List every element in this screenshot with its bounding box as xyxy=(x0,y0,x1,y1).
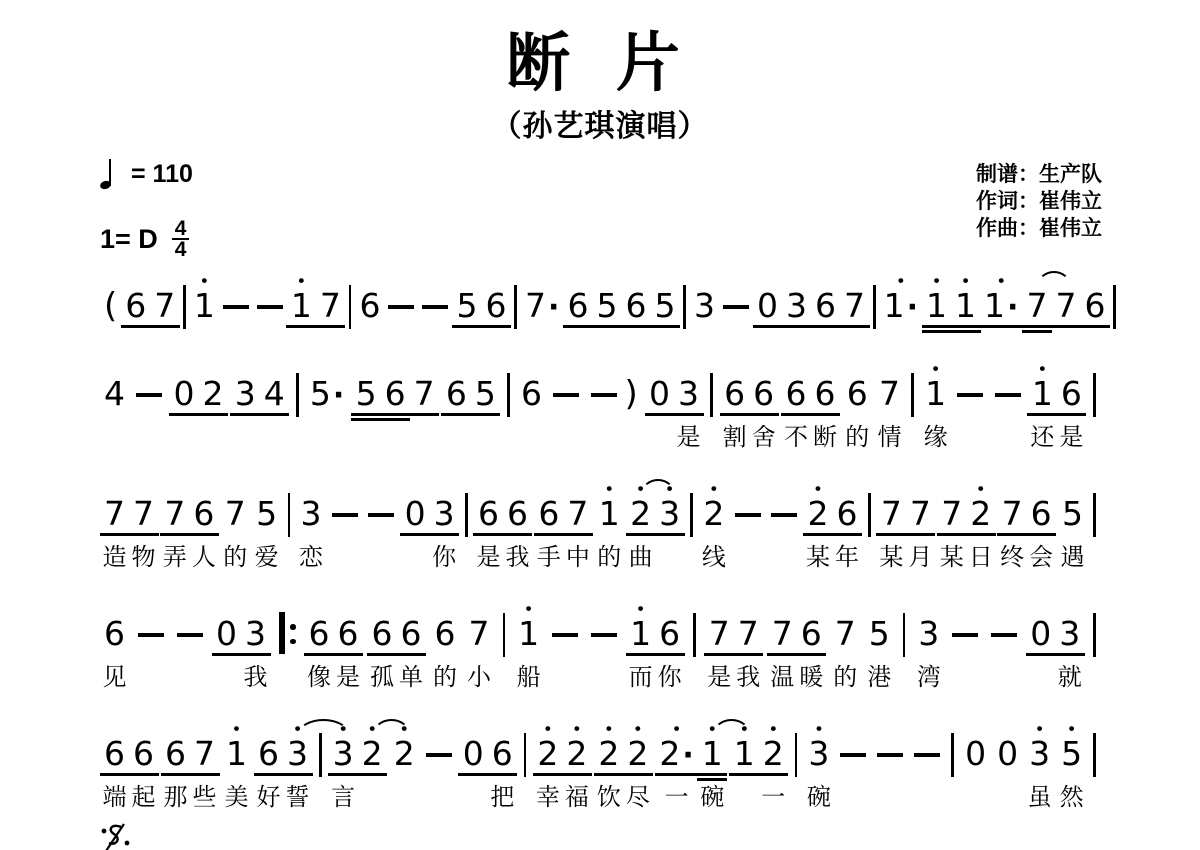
beam-underline xyxy=(328,532,362,542)
note: 7造 xyxy=(100,483,129,574)
beam-underline xyxy=(563,532,592,542)
beam-underline xyxy=(222,772,251,782)
beam-underline xyxy=(914,652,943,662)
beam-underline xyxy=(686,532,697,542)
note-group xyxy=(836,723,870,814)
note: 3湾 xyxy=(914,603,943,694)
parenthesis: ( xyxy=(100,275,121,334)
note-digit: 7 xyxy=(1055,288,1076,324)
lyric-char xyxy=(505,422,512,454)
note-digit: 6 xyxy=(847,376,868,412)
lyric-char: 那 xyxy=(164,782,188,814)
lyric-char: 月 xyxy=(908,542,932,574)
dash-glyph xyxy=(138,616,164,652)
note-group: 6端 6起 xyxy=(100,723,158,814)
beam-underline xyxy=(791,772,802,782)
lyric-char: 造 xyxy=(103,542,127,574)
beam-underline xyxy=(937,532,966,542)
note-group xyxy=(328,483,362,574)
beam-underline xyxy=(100,652,129,662)
barline xyxy=(947,723,958,814)
note-group xyxy=(510,275,521,334)
note-group: 6 7 xyxy=(811,275,869,334)
beam-underline xyxy=(1026,652,1055,662)
beam-underline xyxy=(781,412,810,422)
note-group: 6孤 6单 xyxy=(368,603,426,694)
credit-lyricist: 作词：崔伟立 xyxy=(976,188,1102,215)
lyric-char xyxy=(901,662,908,694)
beam-underline xyxy=(260,412,289,422)
lyric-char: 弄 xyxy=(163,542,187,574)
beam-underline xyxy=(991,412,1025,422)
note-group xyxy=(991,363,1025,454)
lyric-char xyxy=(284,662,291,694)
note: 3恋 xyxy=(296,483,325,574)
lyric-char: 然 xyxy=(1060,782,1084,814)
note-digit: 3 xyxy=(300,496,321,532)
note-group: 7某•2日 xyxy=(937,483,995,574)
note-digit: 6 xyxy=(125,288,146,324)
note-digit: 2 xyxy=(627,736,648,772)
note-group: 6的 xyxy=(431,603,460,694)
octave-dot-空 xyxy=(188,603,193,616)
note: •2 xyxy=(358,723,387,814)
octave-dot-空 xyxy=(267,275,272,288)
note-group: 7是 7我 xyxy=(705,603,763,694)
note-digit: 1 xyxy=(702,736,723,772)
beam-underline xyxy=(869,324,880,334)
beam-underline xyxy=(1027,532,1056,542)
duration-dash xyxy=(549,363,583,454)
note: 6见 xyxy=(100,603,129,694)
note-group xyxy=(907,363,918,454)
barline xyxy=(1109,275,1120,334)
note-digit: 3 xyxy=(786,288,807,324)
lyric-char: 某 xyxy=(806,542,830,574)
rest-note: 0 xyxy=(170,363,199,454)
beam-underline xyxy=(461,532,472,542)
note: 6是 xyxy=(474,483,503,574)
beam-underline xyxy=(1089,532,1100,542)
note-digit: 0 xyxy=(463,736,484,772)
dash-glyph xyxy=(332,496,358,532)
note-group: •3虽 xyxy=(1025,723,1054,814)
note-digit: 6 xyxy=(258,736,279,772)
dash-glyph xyxy=(991,616,1017,652)
note-digit: 6 xyxy=(567,288,588,324)
note: 3你 xyxy=(430,483,459,574)
note-digit: 1 xyxy=(291,288,312,324)
note-group xyxy=(173,603,207,694)
dash-glyph xyxy=(957,376,983,412)
note-digit: 6 xyxy=(104,616,125,652)
beam-underline xyxy=(219,324,253,334)
rest-note: 0 xyxy=(753,275,782,334)
note-group: •2某 6年 xyxy=(804,483,862,574)
rest-note: 0 xyxy=(401,483,430,574)
beam-underline xyxy=(129,772,158,782)
barline xyxy=(686,483,697,574)
beam-underline xyxy=(465,652,494,662)
note-digit: 7· xyxy=(525,288,559,324)
lyric-char xyxy=(392,422,399,454)
beam-underline xyxy=(521,324,563,334)
lyric-char xyxy=(949,782,956,814)
beam-underline xyxy=(782,324,811,334)
note-group: 5遇 xyxy=(1058,483,1087,574)
beam-underline xyxy=(189,532,218,542)
note-group: •2饮•2尽 xyxy=(594,723,652,814)
note: 5· xyxy=(306,363,348,454)
note: •2曲 xyxy=(626,483,655,574)
barline-glyph xyxy=(690,496,693,532)
beam-underline xyxy=(645,412,674,422)
beam-underline xyxy=(767,532,801,542)
barline-glyph xyxy=(1113,288,1116,324)
note-digit: 7 xyxy=(941,496,962,532)
note: 6 xyxy=(121,275,150,334)
lyric-char: 线 xyxy=(702,542,726,574)
beam-underline xyxy=(100,324,121,334)
beam-underline xyxy=(355,324,384,334)
note-group: 7情 xyxy=(875,363,904,454)
note: 6 xyxy=(1080,275,1109,334)
beam-underline xyxy=(549,412,583,422)
lyric-char xyxy=(342,542,349,574)
beam-underline xyxy=(161,772,190,782)
note-group: •2线 xyxy=(699,483,728,574)
note-group: 7弄 6人 xyxy=(160,483,218,574)
note: •2福 xyxy=(562,723,591,814)
tempo-value: = 110 xyxy=(131,160,193,189)
note-digit: 7 xyxy=(104,496,125,532)
lyric-char xyxy=(781,542,788,574)
beam-underline xyxy=(621,412,642,422)
duration-dash xyxy=(910,723,944,814)
note: •2某 xyxy=(804,483,833,574)
beam-underline xyxy=(1089,412,1100,422)
lyric-char xyxy=(421,422,428,454)
note: •3言 xyxy=(329,723,358,814)
note-group xyxy=(499,603,510,694)
lyric-char xyxy=(1001,662,1008,694)
beam-underline xyxy=(1089,772,1100,782)
beam-underline xyxy=(221,532,250,542)
barline-glyph xyxy=(911,376,914,412)
note: 7 xyxy=(150,275,179,334)
note-group: •2幸•2福 xyxy=(533,723,591,814)
note: •1· xyxy=(980,275,1022,334)
note: •1 xyxy=(922,275,951,334)
note-group xyxy=(520,723,531,814)
beam-underline xyxy=(190,324,219,334)
lyric-char: 断 xyxy=(813,422,837,454)
octave-dot-空 xyxy=(564,363,569,376)
beam-underline xyxy=(499,652,510,662)
note-digit: 0 xyxy=(405,496,426,532)
beam-underline xyxy=(510,324,521,334)
note-digit: 5 xyxy=(356,376,377,412)
note-digit: 6 xyxy=(338,616,359,652)
beam-underline xyxy=(252,532,281,542)
beam-underline xyxy=(804,772,833,782)
note-group xyxy=(719,275,753,334)
lyric-char: 碗 xyxy=(700,782,724,814)
lyric-char: 手 xyxy=(537,542,561,574)
note-group: •1 xyxy=(190,275,219,334)
note: 6是 xyxy=(334,603,363,694)
note-digit: 3 xyxy=(659,496,680,532)
beam-underline xyxy=(880,324,922,334)
duration-dash xyxy=(422,723,456,814)
beam-underline xyxy=(401,532,430,542)
beam-underline xyxy=(381,412,410,422)
dash-glyph xyxy=(426,736,452,772)
lyric-char xyxy=(866,542,873,574)
lyric-char xyxy=(369,782,376,814)
lyric-char: 是 xyxy=(1059,422,1083,454)
duration-dash xyxy=(767,483,801,574)
lyric-char xyxy=(967,422,974,454)
note-digit: 7 xyxy=(881,496,902,532)
beam-underline xyxy=(966,532,995,542)
octave-dot-空 xyxy=(601,363,606,376)
note-digit: 1· xyxy=(884,288,918,324)
note: 6 xyxy=(481,275,510,334)
note: •1缘 xyxy=(921,363,950,454)
note-digit: 4 xyxy=(264,376,285,412)
beam-underline xyxy=(679,324,690,334)
note-digit: 5 xyxy=(869,616,890,652)
beam-underline xyxy=(305,652,334,662)
note: 5 xyxy=(452,275,481,334)
note-group xyxy=(706,363,717,454)
note-group xyxy=(686,483,697,574)
note-group: 4 xyxy=(100,363,129,454)
note-group: 5港 xyxy=(865,603,894,694)
note-group xyxy=(1089,603,1100,694)
note-group: 7温 6暖 xyxy=(768,603,826,694)
barline-glyph xyxy=(465,496,468,532)
note-digit: 7 xyxy=(320,288,341,324)
note-digit: 7 xyxy=(194,736,215,772)
note: 6人 xyxy=(189,483,218,574)
note: 7情 xyxy=(875,363,904,454)
note-group xyxy=(953,363,987,454)
note-group: •1· xyxy=(880,275,922,334)
beam-underline xyxy=(292,412,303,422)
note-group: 0 3我 xyxy=(212,603,270,694)
note-digit: 5 xyxy=(256,496,277,532)
segno-icon xyxy=(98,822,134,850)
lyric-char: 的 xyxy=(833,662,857,694)
barline-glyph xyxy=(514,288,517,324)
beam-underline xyxy=(1057,772,1086,782)
beam-underline xyxy=(459,772,488,782)
note-digit: ) xyxy=(625,376,638,412)
note-group: 6手 7中 xyxy=(534,483,592,574)
rest-note: 0 xyxy=(459,723,488,814)
lyric-char: 我 xyxy=(244,662,268,694)
note-group xyxy=(864,483,875,574)
beam-underline xyxy=(1051,324,1080,334)
note-digit: 2 xyxy=(394,736,415,772)
beam-underline xyxy=(520,772,531,782)
lyric-char: 是 xyxy=(336,662,360,694)
beam-underline xyxy=(907,412,918,422)
note: •1的 xyxy=(595,483,624,574)
note-digit: 2 xyxy=(598,736,619,772)
music-line: 4 0 2 3 4 5· 5 6 7 6 5 6 ) 0 3是 6割 6舍 6不… xyxy=(100,363,1100,454)
note-group: 6那 7些 xyxy=(161,723,219,814)
barline xyxy=(864,483,875,574)
beam-underline xyxy=(953,412,987,422)
note: 7 xyxy=(1051,275,1080,334)
beam-underline xyxy=(132,412,166,422)
lyric-char xyxy=(528,422,535,454)
dash-glyph xyxy=(914,736,940,772)
key-signature: 1= D 4 4 xyxy=(100,219,193,259)
note: 3 xyxy=(690,275,719,334)
note-group: 6割 6舍 xyxy=(720,363,778,454)
note-digit: 6 xyxy=(1084,288,1105,324)
note-group xyxy=(1089,723,1100,814)
note-digit: 6 xyxy=(837,496,858,532)
beam-underline xyxy=(199,412,228,422)
beam-underline xyxy=(100,412,129,422)
beam-underline xyxy=(284,532,295,542)
note-group: 6 5 xyxy=(442,363,500,454)
lyric-char xyxy=(317,782,324,814)
note: 7某 xyxy=(937,483,966,574)
note-group: •1 7 xyxy=(287,275,345,334)
note-group xyxy=(275,603,300,694)
beam-underline xyxy=(170,412,199,422)
note-group: 0 3你 xyxy=(401,483,459,574)
note-group xyxy=(179,275,190,334)
credit-composer: 作曲：崔伟立 xyxy=(976,215,1102,242)
beam-underline xyxy=(283,772,312,782)
note-digit: 7 xyxy=(133,496,154,532)
beam-underline xyxy=(1089,652,1100,662)
note: 4 xyxy=(100,363,129,454)
beam-underline xyxy=(364,532,398,542)
note-digit: 0 xyxy=(965,736,986,772)
beam-underline xyxy=(843,412,872,422)
note-digit: 2· xyxy=(659,736,693,772)
note-group: 6 xyxy=(355,275,384,334)
music-line: ( 6 7 •1 •1 7 6 5 6 7· 6 5 6 5 3 0 3 6 7… xyxy=(100,275,1100,334)
note-group: •1船 xyxy=(514,603,543,694)
beam-underline xyxy=(951,324,980,334)
lyric-char: 船 xyxy=(517,662,541,694)
beam-underline xyxy=(503,532,532,542)
beam-underline xyxy=(397,652,426,662)
lyric-char: 我 xyxy=(736,662,760,694)
note-digit: 2 xyxy=(362,736,383,772)
note: •3誓 xyxy=(283,723,312,814)
duration-dash xyxy=(836,723,870,814)
lyric-char: 我 xyxy=(505,542,529,574)
lyric-char: 端 xyxy=(103,782,127,814)
note-digit: 6 xyxy=(309,616,330,652)
augmentation-dot: · xyxy=(682,738,693,773)
duration-dash xyxy=(384,275,418,334)
beam-underline xyxy=(442,412,471,422)
note-group: •2曲•3 xyxy=(626,483,684,574)
note-group xyxy=(132,363,166,454)
beam-underline xyxy=(287,324,316,334)
note: 6 xyxy=(811,275,840,334)
beam-underline xyxy=(150,324,179,334)
note: 6 xyxy=(381,363,410,454)
beam-underline xyxy=(906,532,935,542)
dash-glyph xyxy=(840,736,866,772)
note-digit: 0 xyxy=(174,376,195,412)
beam-underline xyxy=(254,772,283,782)
note-digit: 2 xyxy=(703,496,724,532)
beam-underline xyxy=(474,532,503,542)
octave-dot-空 xyxy=(233,275,238,288)
rest-note: 0 xyxy=(1026,603,1055,694)
lyric-char xyxy=(210,422,217,454)
beam-underline xyxy=(655,772,697,782)
note: •3碗 xyxy=(804,723,833,814)
note-digit: 6 xyxy=(446,376,467,412)
note-group: •2 xyxy=(390,723,419,814)
lyric-char xyxy=(470,782,477,814)
note-digit: 1 xyxy=(925,376,946,412)
note: 6不 xyxy=(781,363,810,454)
note: 7是 xyxy=(705,603,734,694)
note: •1 xyxy=(951,275,980,334)
note-digit: 6 xyxy=(372,616,393,652)
lyric-char: 虽 xyxy=(1028,782,1052,814)
note: 2 xyxy=(199,363,228,454)
note: •1碗 xyxy=(698,723,727,814)
lyric-char xyxy=(285,542,292,574)
note-group: 6不 6断 xyxy=(781,363,839,454)
note-group xyxy=(587,603,621,694)
lyric-char xyxy=(401,782,408,814)
octave-dot-空 xyxy=(851,723,856,736)
note-digit: 2 xyxy=(537,736,558,772)
lyric-char: 是 xyxy=(476,542,500,574)
barline xyxy=(292,363,303,454)
beam-underline xyxy=(190,772,219,782)
beam-underline xyxy=(864,532,875,542)
barline xyxy=(869,275,880,334)
lyric-char xyxy=(909,422,916,454)
barline-glyph xyxy=(795,736,798,772)
beam-underline xyxy=(548,652,582,662)
note-digit: 3 xyxy=(245,616,266,652)
note-group xyxy=(364,483,398,574)
barline-glyph xyxy=(1093,496,1096,532)
note-group xyxy=(292,363,303,454)
lyric-char: 誓 xyxy=(286,782,310,814)
barline xyxy=(1089,603,1100,694)
note-group xyxy=(899,603,910,694)
barline-glyph xyxy=(507,376,510,412)
note-group: 0 3就 xyxy=(1026,603,1084,694)
note-digit: 6 xyxy=(659,616,680,652)
barline-glyph xyxy=(524,736,527,772)
note: 7的 xyxy=(221,483,250,574)
note-group xyxy=(1109,275,1120,334)
beam-underline xyxy=(720,412,749,422)
note-digit: 2 xyxy=(630,496,651,532)
